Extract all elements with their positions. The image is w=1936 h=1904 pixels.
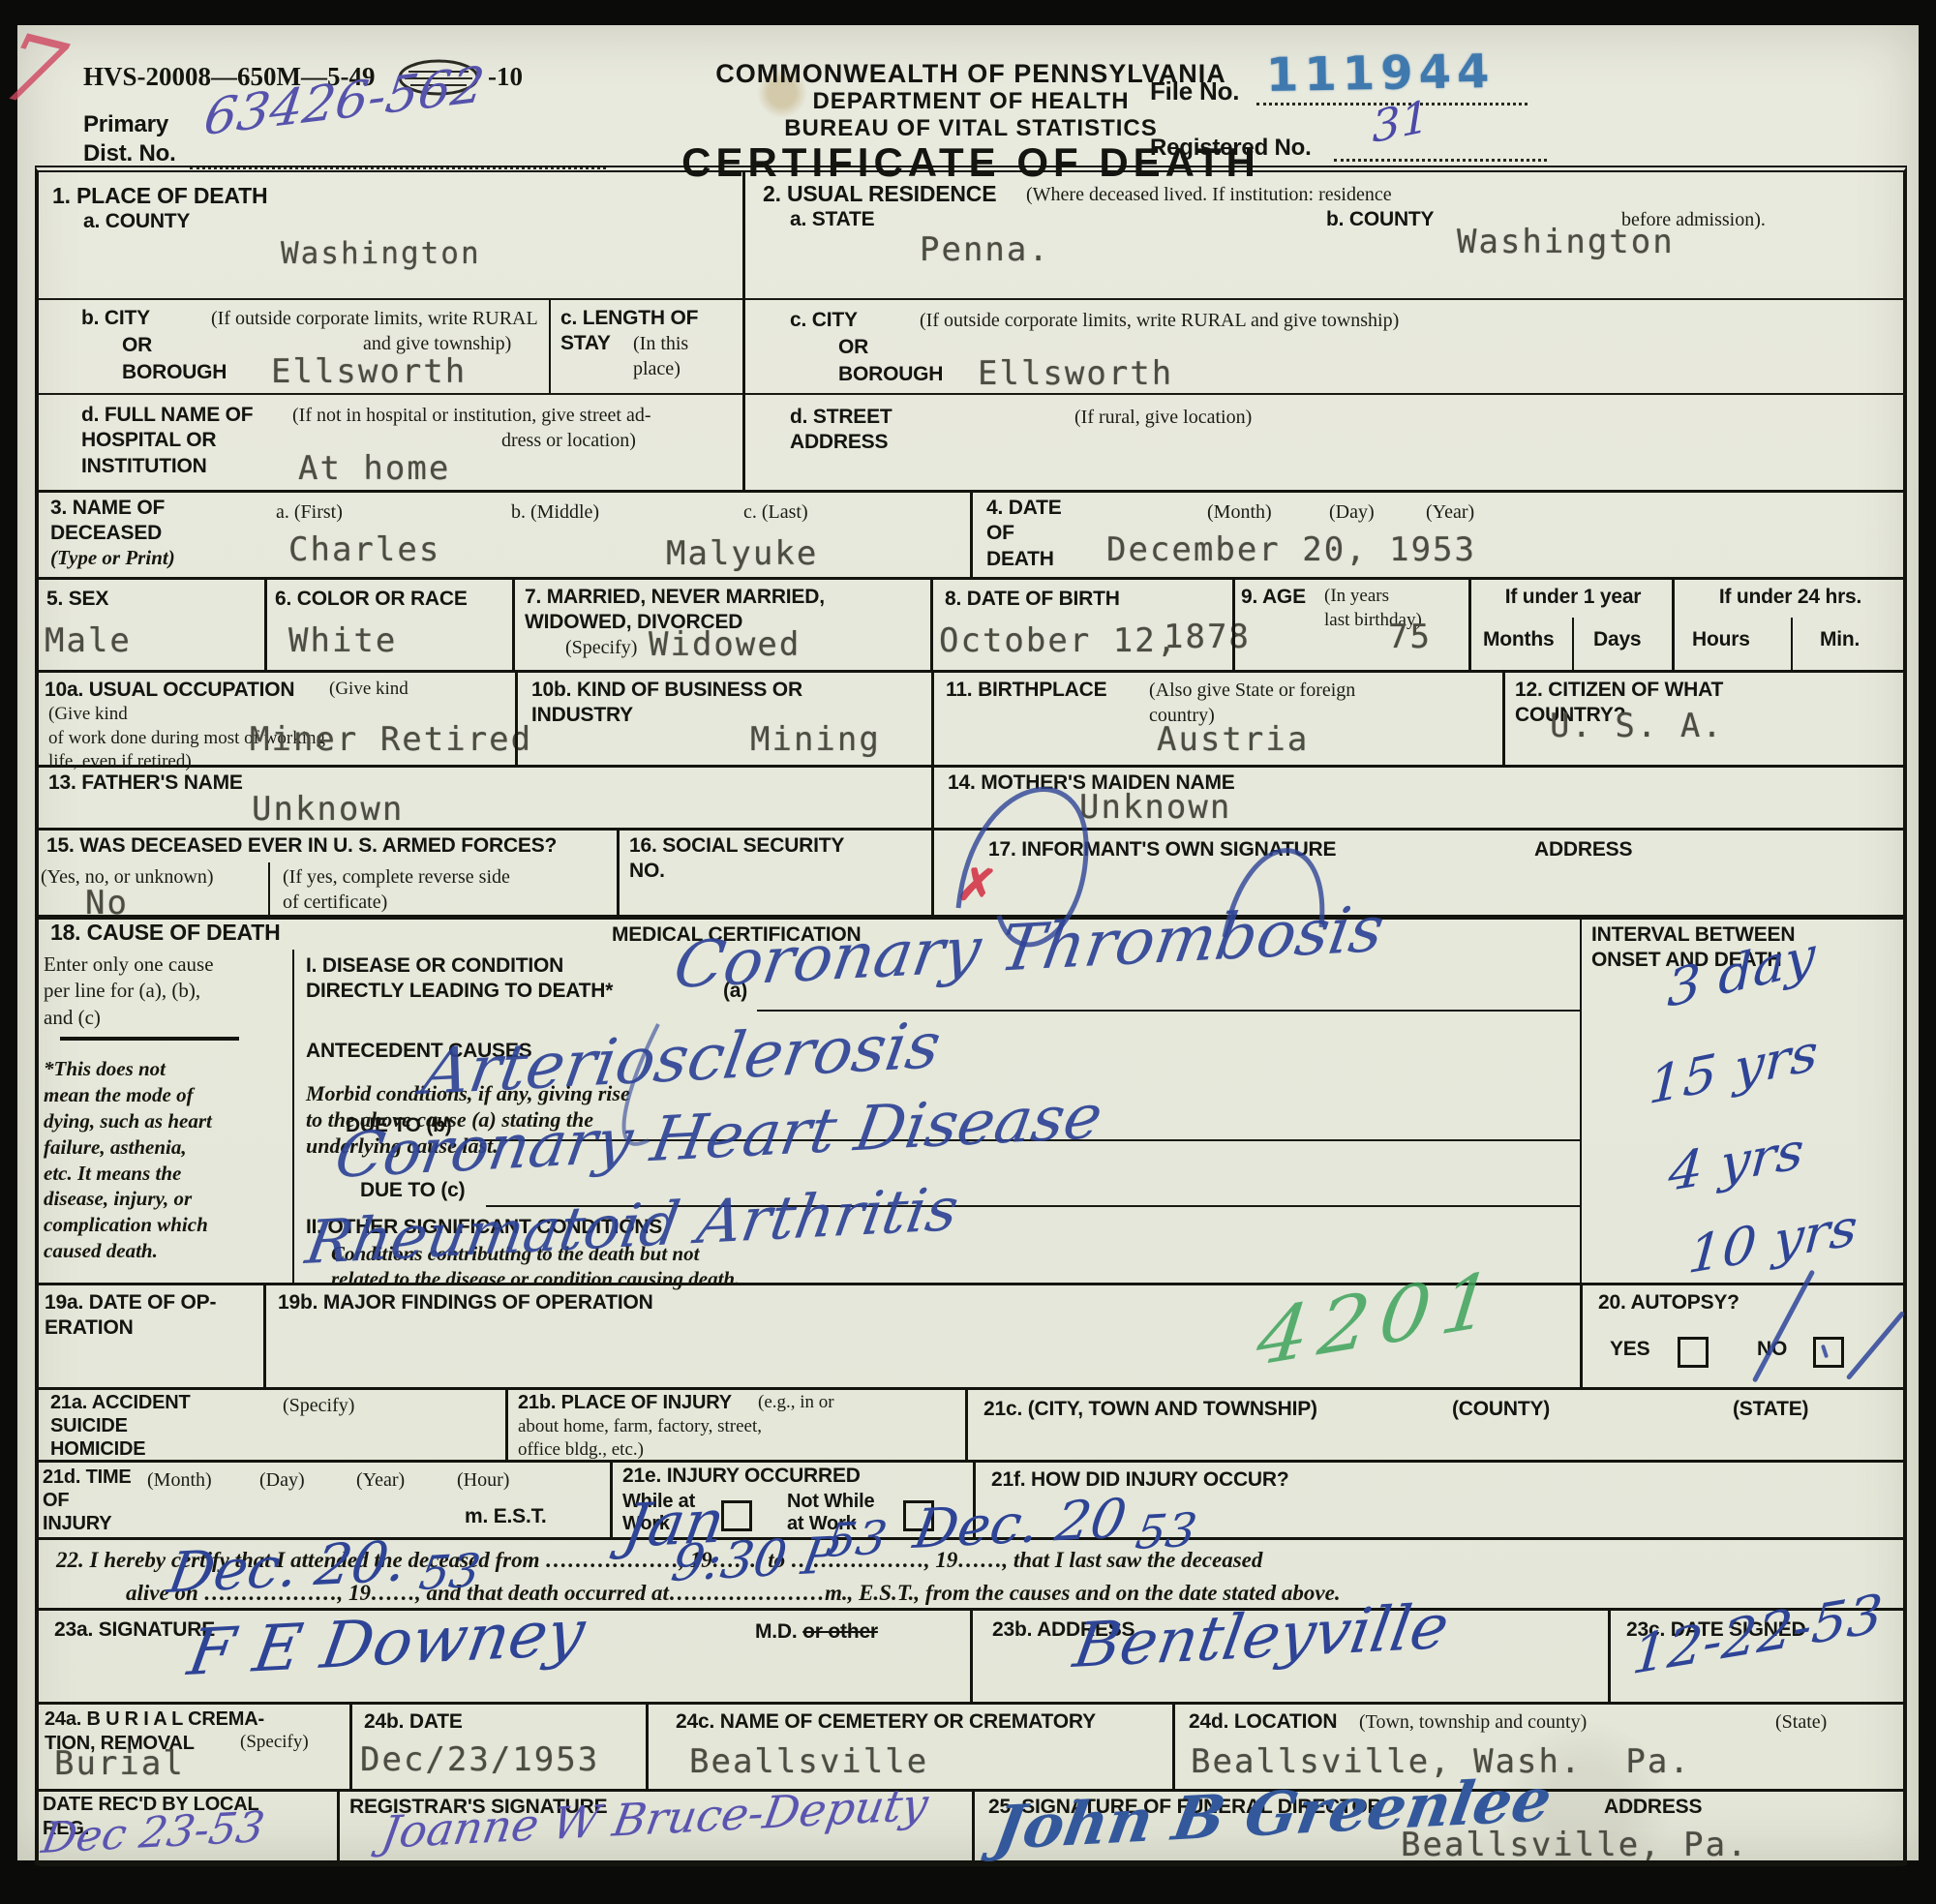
dod-day-label: (Day) [1329,499,1375,525]
alive-on-value: Dec. 20. [165,1532,410,1601]
file-no-value: 111944 [1266,45,1496,103]
res-county-label: b. COUNTY [1326,207,1434,232]
section-date-received: DATE REC'D BY LOCAL REG. Dec 23-53 [39,1789,337,1861]
under1yr-label: If under 1 year [1471,585,1675,610]
section-industry: 10b. KIND OF BUSINESS OR INDUSTRY Mining [515,670,934,765]
section-under-24-hrs: If under 24 hrs. Hours Min. [1672,577,1906,670]
section-name-of-deceased: 3. NAME OF DECEASED (Type or Print) a. (… [39,490,970,577]
color-race-label: 6. COLOR OR RACE [275,587,468,612]
length-of-stay-cell: c. LENGTH OF STAY (In this place) [549,300,744,393]
res-city-borough: BOROUGH [838,362,943,387]
occupation-label: 10a. USUAL OCCUPATION [45,678,294,703]
date-received-value: Dec 23-53 [39,1806,267,1860]
hospital-cell: d. FULL NAME OF HOSPITAL OR INSTITUTION … [39,395,742,490]
cemetery-label: 24c. NAME OF CEMETERY OR CREMATORY [676,1709,1096,1735]
first-label: a. (First) [276,499,343,525]
section-major-findings: 19b. MAJOR FINDINGS OF OPERATION 4201 [263,1283,1583,1387]
section-armed-forces: 15. WAS DECEASED EVER IN U. S. ARMED FOR… [39,828,617,915]
how-injury-label: 21f. HOW DID INJURY OCCUR? [991,1467,1289,1493]
section-accident: 21a. ACCIDENT SUICIDE HOMICIDE (Specify) [39,1387,505,1460]
physician-address-value: Bentleyville [1070,1596,1453,1677]
section-informant: 17. INFORMANT'S OWN SIGNATURE ADDRESS ✗ [931,828,1906,915]
physician-signature-value: F E Downey [184,1601,589,1685]
cause-b-value: Arteriosclerosis [418,1013,945,1104]
section-burial: 24a. B U R I A L CREMA- TION, REMOVAL (S… [39,1702,349,1789]
age-label: 9. AGE [1241,585,1306,610]
birthplace-label: 11. BIRTHPLACE [946,678,1106,703]
accident-note: (Specify) [283,1393,354,1418]
injury-county-label: (COUNTY) [1452,1397,1550,1422]
row-forces-ssn-informant: 15. WAS DECEASED EVER IN U. S. ARMED FOR… [39,828,1903,920]
place-injury-note: (e.g., in or about home, farm, factory, … [518,1391,944,1463]
major-findings-label: 19b. MAJOR FINDINGS OF OPERATION [278,1290,653,1315]
section-ssn: 16. SOCIAL SECURITY NO. [617,828,934,915]
md-or-other: or other [802,1620,878,1643]
certificate-paper: 7 HVS-20008—650M—5-49 -10 Primary Dist. … [17,25,1919,1860]
city-note-1: (If outside corporate limits, write RURA… [211,306,538,331]
section-injury-city: 21c. (CITY, TOWN AND TOWNSHIP) (COUNTY) … [965,1387,1906,1460]
section-date-signed: 23c. DATE SIGNED 12-22-53 [1608,1608,1906,1702]
state-value: Penna. [920,230,1050,269]
city-borough-label: BOROUGH [122,360,227,385]
accident-label: 21a. ACCIDENT SUICIDE HOMICIDE [50,1391,190,1461]
city-value: Ellsworth [271,352,467,391]
autopsy-pen-slash [1752,1269,1815,1382]
injury-year: (Year) [356,1467,405,1493]
section-mother: 14. MOTHER'S MAIDEN NAME Unknown [931,765,1906,828]
state-label: a. STATE [790,207,874,232]
age-value: 75 [1388,618,1432,656]
res-city-or: OR [838,335,868,360]
cause-note-1: Enter only one cause per line for (a), (… [44,952,214,1031]
row-burial: 24a. B U R I A L CREMA- TION, REMOVAL (S… [39,1702,1903,1792]
street-label: d. STREET ADDRESS [790,405,892,456]
row-parents: 13. FATHER'S NAME Unknown 14. MOTHER'S M… [39,765,1903,831]
row-name-date: 3. NAME OF DECEASED (Type or Print) a. (… [39,490,1903,580]
header: HVS-20008—650M—5-49 -10 Primary Dist. No… [17,25,1919,166]
last-label: c. (Last) [743,499,808,525]
interval-b-value: 15 yrs [1648,1027,1819,1112]
injury-state-label: (STATE) [1733,1397,1808,1422]
sex-value: Male [45,621,132,660]
funeral-address-value: Beallsville, Pa. [1401,1826,1749,1864]
section-autopsy: 20. AUTOPSY? YES NO [1580,1283,1906,1387]
sex-label: 5. SEX [46,587,108,612]
hospital-value: At home [298,449,450,488]
section-physician-address: 23b. ADDRESS Bentleyville [970,1608,1611,1702]
ssn-label: 16. SOCIAL SECURITY NO. [629,833,844,885]
autopsy-pen-slash-2 [1846,1311,1906,1380]
autopsy-no-checkbox [1813,1337,1844,1368]
industry-value: Mining [750,720,881,759]
dist-no-label: Dist. No. [83,139,176,168]
interval-col: INTERVAL BETWEEN ONSET AND DEATH 3 day 1… [1580,915,1903,1283]
autopsy-yes-checkbox [1678,1337,1709,1368]
section-marital: 7. MARRIED, NEVER MARRIED, WIDOWED, DIVO… [512,577,933,670]
section-signature: 23a. SIGNATURE M.D. or other F E Downey [39,1608,970,1702]
attended-to-value: Dec. 20 [910,1493,1130,1557]
location-state-note: (State) [1775,1709,1827,1735]
section-cemetery: 24c. NAME OF CEMETERY OR CREMATORY Beall… [646,1702,1175,1789]
autopsy-yes-label: YES [1610,1337,1649,1362]
row-physician-signature: 23a. SIGNATURE M.D. or other F E Downey … [39,1608,1903,1705]
section-sex: 5. SEX Male [39,577,264,670]
row-certify: 22. I hereby certify that I attended the… [39,1537,1903,1611]
section-registrar-signature: REGISTRAR'S SIGNATURE Joanne W Bruce-Dep… [337,1789,975,1861]
interval-other-value: 10 yrs [1686,1201,1860,1282]
row-cause-of-death: 18. CAUSE OF DEATH Enter only one cause … [39,915,1903,1285]
section-place-of-injury: 21b. PLACE OF INJURY (e.g., in or about … [505,1387,968,1460]
hours-label: Hours [1692,627,1750,652]
father-label: 13. FATHER'S NAME [48,771,243,796]
res-county-value: Washington [1457,223,1675,261]
dod-month-label: (Month) [1207,499,1272,525]
marital-note: (Specify) [565,635,637,660]
registered-no-label: Registered No. [1150,134,1312,163]
autopsy-label: 20. AUTOPSY? [1598,1290,1739,1315]
cemetery-value: Beallsville [689,1742,928,1781]
section-under-1-year: If under 1 year Months Days [1468,577,1675,670]
residence-note-1: (Where deceased lived. If institution: r… [1026,182,1392,207]
informant-address-label: ADDRESS [1534,837,1632,862]
section-citizen: 12. CITIZEN OF WHAT COUNTRY? U. S. A. [1502,670,1906,765]
dod-year-label: (Year) [1426,499,1474,525]
injury-est: m. E.S.T. [465,1504,547,1529]
location-label: 24d. LOCATION [1189,1709,1337,1735]
section-funeral-director: 25. SIGNATURE OF FUNERAL DIRECTOR ADDRES… [972,1789,1906,1861]
section-date-of-operation: 19a. DATE OF OP- ERATION [39,1283,263,1387]
death-time-value: 9:30 P [668,1530,840,1589]
section-father: 13. FATHER'S NAME Unknown [39,765,931,828]
registered-no-line [1334,136,1547,162]
location-note: (Town, township and county) [1359,1709,1587,1735]
section-date-of-birth: 8. DATE OF BIRTH October 12, 1878 [930,577,1235,670]
dob-label: 8. DATE OF BIRTH [945,587,1120,612]
days-label: Days [1593,627,1641,652]
middle-label: b. (Middle) [511,499,599,525]
armed-forces-note-b: (If yes, complete reverse side of certif… [283,864,510,915]
cause-note-2: *This does not mean the mode of dying, s… [44,1056,212,1264]
hospital-label: d. FULL NAME OF HOSPITAL OR INSTITUTION [81,403,253,479]
res-city-label: c. CITY [790,308,858,333]
city-borough-cell: b. CITY OR BOROUGH (If outside corporate… [39,300,549,393]
injury-hour: (Hour) [457,1467,509,1493]
interval-c-value: 4 yrs [1667,1125,1805,1199]
res-city-value: Ellsworth [978,354,1173,393]
row-operation-autopsy: 19a. DATE OF OP- ERATION 19b. MAJOR FIND… [39,1283,1903,1390]
form-number-suffix: -10 [488,62,523,92]
date-of-death-label: 4. DATE OF DEATH [986,496,1062,572]
section-age: 9. AGE (In years last birthday) 75 [1232,577,1471,670]
marital-value: Widowed [649,625,801,664]
section-date-of-death: 4. DATE OF DEATH (Month) (Day) (Year) De… [970,490,1906,577]
hospital-note-2: dress or location) [501,428,636,453]
dob-value: October 12, [939,621,1178,660]
citizen-value: U. S. A. [1550,707,1724,745]
injury-city-label: 21c. (CITY, TOWN AND TOWNSHIP) [983,1397,1317,1422]
attended-to-year: 53 [1133,1507,1199,1556]
date-operation-label: 19a. DATE OF OP- ERATION [45,1290,216,1342]
length-of-stay-note: (In this place) [633,331,688,381]
color-race-value: White [288,621,397,660]
informant-label: 17. INFORMANT'S OWN SIGNATURE [988,837,1336,862]
residence-label: 2. USUAL RESIDENCE [763,180,996,208]
certificate-form: 1. PLACE OF DEATH a. COUNTY Washington b… [35,166,1907,1865]
row-occupation: 10a. USUAL OCCUPATION (Give kind of work… [39,670,1903,768]
row-sex-age: 5. SEX Male 6. COLOR OR RACE White 7. MA… [39,577,1903,673]
burial-note: (Specify) [240,1731,309,1755]
registered-no-value: 31 [1371,94,1430,149]
alive-on-year: 53 [416,1548,483,1597]
min-label: Min. [1820,627,1860,652]
county-label: a. COUNTY [83,209,190,234]
section-color-race: 6. COLOR OR RACE White [264,577,515,670]
injury-occurred-label: 21e. INJURY OCCURRED [622,1464,861,1489]
section-usual-residence: 2. USUAL RESIDENCE (Where deceased lived… [742,172,1906,490]
funeral-address-label: ADDRESS [1604,1795,1702,1820]
row-registrar: DATE REC'D BY LOCAL REG. Dec 23-53 REGIS… [39,1789,1903,1866]
last-value: Malyuke [666,534,818,573]
row-accident: 21a. ACCIDENT SUICIDE HOMICIDE (Specify)… [39,1387,1903,1463]
section-occupation: 10a. USUAL OCCUPATION (Give kind of work… [39,670,515,765]
hospital-note-1: (If not in hospital or institution, give… [292,403,651,428]
place-of-death-label: 1. PLACE OF DEATH [52,182,267,210]
street-note: (If rural, give location) [1074,405,1252,430]
section-place-of-death: 1. PLACE OF DEATH a. COUNTY Washington b… [39,172,742,490]
months-label: Months [1483,627,1554,652]
time-injury-label: 21d. TIME OF INJURY [43,1466,132,1535]
armed-forces-label: 15. WAS DECEASED EVER IN U. S. ARMED FOR… [46,833,557,859]
injury-day: (Day) [259,1467,305,1493]
md-label: M.D. or other [755,1619,878,1645]
section-time-of-injury: 21d. TIME OF INJURY (Month) (Day) (Year)… [39,1460,610,1537]
primary-label: Primary [83,110,168,139]
burial-date-label: 24b. DATE [364,1709,463,1735]
cause-of-death-label: 18. CAUSE OF DEATH [50,919,281,947]
informant-red-x-mark: ✗ [953,856,1000,915]
section-birthplace: 11. BIRTHPLACE (Also give State or forei… [931,670,1505,765]
first-value: Charles [288,530,440,569]
name-label: 3. NAME OF DECEASED [50,496,165,547]
occupation-value: Miner Retired [250,720,532,759]
cause-notes-col: 18. CAUSE OF DEATH Enter only one cause … [39,915,292,1283]
mother-value: Unknown [1079,788,1231,827]
birthplace-value: Austria [1157,720,1309,759]
county-value: Washington [281,236,481,271]
burial-date-value: Dec/23/1953 [360,1740,599,1779]
under24-label: If under 24 hrs. [1675,585,1906,610]
medical-cert-col: MEDICAL CERTIFICATION I. DISEASE OR COND… [292,915,1580,1283]
father-value: Unknown [252,790,404,829]
city-or-label: OR [122,333,152,358]
burial-value: Burial [54,1744,185,1783]
name-note: (Type or Print) [50,546,175,571]
disease-condition-label: I. DISEASE OR CONDITION DIRECTLY LEADING… [306,953,613,1005]
section-burial-date: 24b. DATE Dec/23/1953 [349,1702,649,1789]
res-city-note: (If outside corporate limits, write RURA… [920,308,1399,333]
city-label: b. CITY [81,306,150,331]
injury-month: (Month) [147,1467,212,1493]
file-no-label: File No. [1150,76,1239,107]
date-of-death-value: December 20, 1953 [1106,530,1476,569]
registrar-signature-value: Joanne W Bruce-Deputy [378,1782,931,1855]
row-place-residence: 1. PLACE OF DEATH a. COUNTY Washington b… [39,172,1903,493]
